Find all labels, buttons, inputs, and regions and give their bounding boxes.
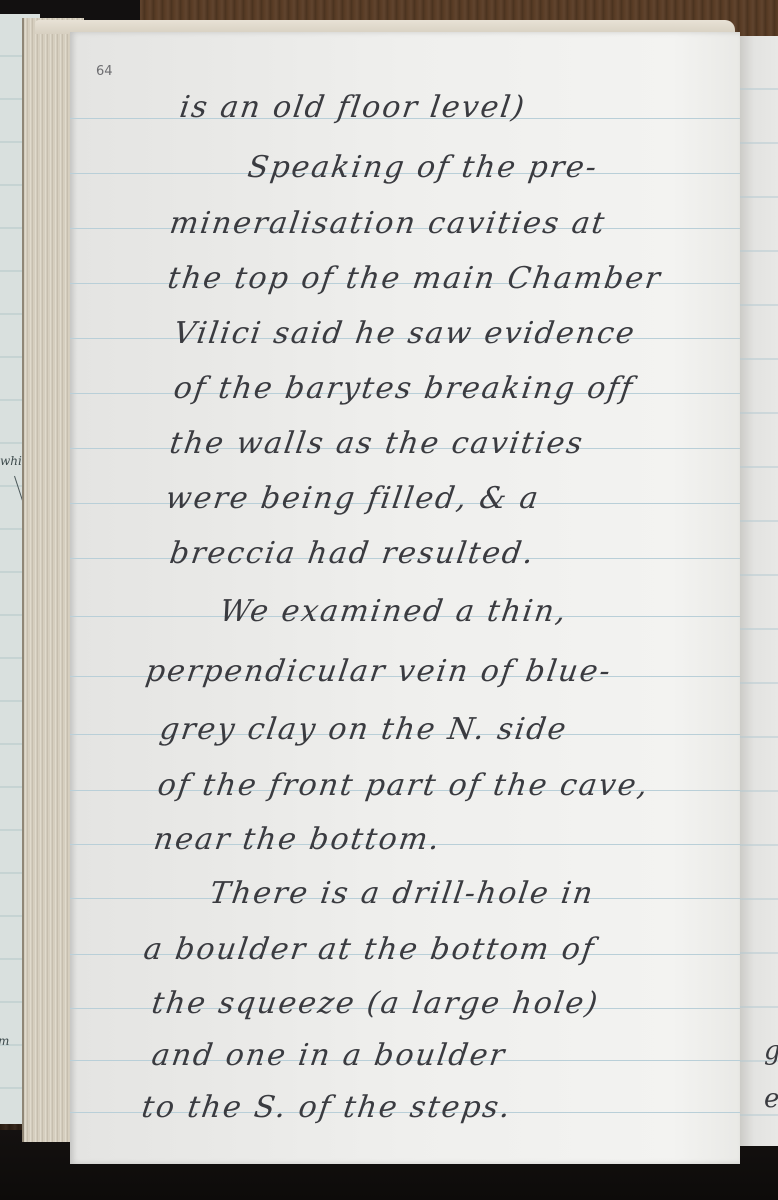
handwritten-line: a boulder at the bottom of: [142, 932, 598, 967]
handwritten-line: were being filled, & a: [164, 481, 543, 516]
margin-note-2: m: [0, 1034, 9, 1048]
right-page-fragment: g: [764, 1036, 778, 1066]
handwritten-line: breccia had resulted.: [168, 536, 538, 571]
handwritten-line: We examined a thin,: [218, 594, 570, 629]
handwritten-line: of the barytes breaking off: [172, 371, 637, 406]
handwritten-line: There is a drill-hole in: [208, 876, 597, 911]
handwritten-line: the squeeze (a large hole): [150, 986, 602, 1021]
notebook-page: 64 is an old floor level) Speaking of th…: [70, 32, 740, 1164]
handwritten-line: grey clay on the N. side: [158, 712, 570, 747]
handwritten-line: and one in a boulder: [150, 1038, 509, 1073]
handwritten-line: is an old floor level): [178, 90, 529, 125]
handwritten-line: the walls as the cavities: [168, 426, 587, 461]
handwritten-line: of the front part of the cave,: [156, 768, 652, 803]
right-facing-page: g e: [738, 36, 778, 1146]
handwritten-line: the top of the main Chamber: [166, 261, 665, 296]
right-page-fragment: e: [764, 1084, 778, 1114]
handwritten-line: perpendicular vein of blue-: [144, 654, 615, 689]
page-number: 64: [96, 64, 113, 79]
handwritten-line: Speaking of the pre-: [246, 150, 601, 185]
handwritten-line: near the bottom.: [152, 822, 444, 857]
handwritten-line: to the S. of the steps.: [140, 1090, 515, 1125]
handwritten-line: mineralisation cavities at: [168, 206, 609, 241]
handwritten-line: Vilici said he saw evidence: [172, 316, 639, 351]
